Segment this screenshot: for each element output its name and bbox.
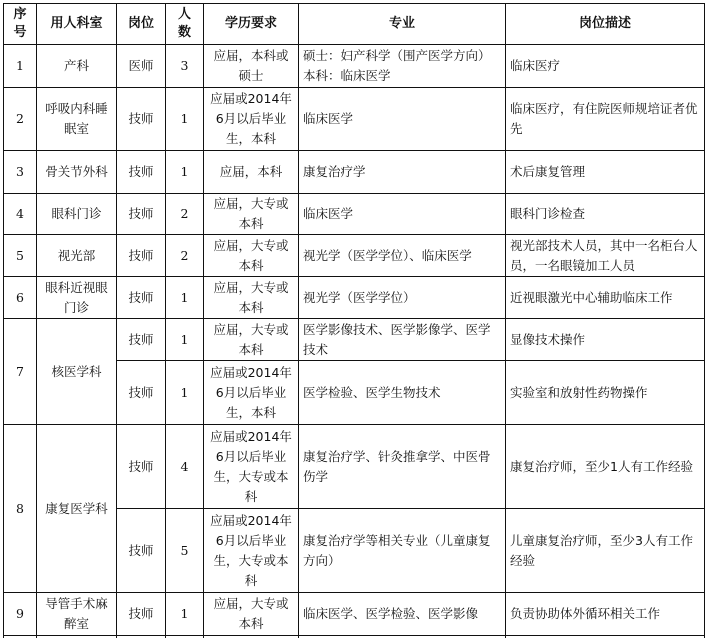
cell-major: 临床医学 xyxy=(299,88,506,151)
cell-description: 康复治疗师，至少1人有工作经验 xyxy=(506,425,705,509)
cell-post: 医师 xyxy=(117,45,166,88)
cell-dept: 眼科门诊 xyxy=(37,194,117,235)
header-major: 专业 xyxy=(299,4,506,45)
cell-dept: 呼吸内科睡眠室 xyxy=(37,88,117,151)
cell-major: 临床医学、医学检验、医学影像 xyxy=(299,593,506,636)
cell-description: 近视眼激光中心辅助临床工作 xyxy=(506,277,705,319)
cell-seq: 8 xyxy=(4,425,37,593)
cell-post: 技师 xyxy=(117,509,166,593)
header-count: 人数 xyxy=(166,4,204,45)
cell-count: 1 xyxy=(166,88,204,151)
cell-major: 康复治疗学、针灸推拿学、中医骨伤学 xyxy=(299,425,506,509)
cell-seq: 6 xyxy=(4,277,37,319)
cell-description: 临床医疗 xyxy=(506,45,705,88)
cell-dept: 核医学科 xyxy=(37,319,117,425)
header-dept: 用人科室 xyxy=(37,4,117,45)
cell-education: 应届或2014年6月以后毕业生，大专或本科 xyxy=(204,425,299,509)
cell-dept: 产科 xyxy=(37,45,117,88)
cell-seq: 5 xyxy=(4,235,37,277)
cell-count: 4 xyxy=(166,425,204,509)
cell-dept: 康复医学科 xyxy=(37,425,117,593)
cell-education: 应届，大专或本科 xyxy=(204,235,299,277)
cell-seq: 4 xyxy=(4,194,37,235)
cell-major: 康复治疗学等相关专业（儿童康复方向） xyxy=(299,509,506,593)
cell-seq: 7 xyxy=(4,319,37,425)
cell-education: 应届，大专或本科 xyxy=(204,194,299,235)
cell-description: 临床医疗，有住院医师规培证者优先 xyxy=(506,88,705,151)
table-row: 8 康复医学科 技师 4 应届或2014年6月以后毕业生，大专或本科 康复治疗学… xyxy=(4,425,705,509)
cell-education: 应届或2014年6月以后毕业生，本科 xyxy=(204,361,299,425)
cell-major: 硕士：妇产科学（围产医学方向）本科：临床医学 xyxy=(299,45,506,88)
cell-education: 应届，本科 xyxy=(204,151,299,194)
table-row: 1 产科 医师 3 应届，本科或硕士 硕士：妇产科学（围产医学方向）本科：临床医… xyxy=(4,45,705,88)
cell-count: 5 xyxy=(166,509,204,593)
cell-count: 3 xyxy=(166,45,204,88)
cell-description: 眼科门诊检查 xyxy=(506,194,705,235)
cell-count: 1 xyxy=(166,593,204,636)
cell-description: 儿童康复治疗师，至少3人有工作经验 xyxy=(506,509,705,593)
header-description: 岗位描述 xyxy=(506,4,705,45)
cell-education: 应届或2014年6月以后毕业生，本科 xyxy=(204,88,299,151)
cell-post: 技师 xyxy=(117,194,166,235)
header-post: 岗位 xyxy=(117,4,166,45)
cell-dept: 导管手术麻醉室 xyxy=(37,593,117,636)
cell-major: 视光学（医学学位）、临床医学 xyxy=(299,235,506,277)
cell-education: 应届或2014年6月以后毕业生，大专或本科 xyxy=(204,509,299,593)
cell-description: 视光部技术人员，其中一名柜台人员，一名眼镜加工人员 xyxy=(506,235,705,277)
cell-post: 技师 xyxy=(117,151,166,194)
cell-count: 1 xyxy=(166,151,204,194)
cell-count: 2 xyxy=(166,235,204,277)
table-row: 9 导管手术麻醉室 技师 1 应届，大专或本科 临床医学、医学检验、医学影像 负… xyxy=(4,593,705,636)
table-row: 4 眼科门诊 技师 2 应届，大专或本科 临床医学 眼科门诊检查 xyxy=(4,194,705,235)
cell-description: 负责协助体外循环相关工作 xyxy=(506,593,705,636)
cell-post: 技师 xyxy=(117,277,166,319)
cell-post: 技师 xyxy=(117,361,166,425)
cell-major: 医学检验、医学生物技术 xyxy=(299,361,506,425)
cell-count: 1 xyxy=(166,361,204,425)
cell-count: 1 xyxy=(166,319,204,361)
recruitment-table: 序号 用人科室 岗位 人数 学历要求 专业 岗位描述 1 产科 医师 3 应届，… xyxy=(3,3,705,638)
cell-post: 技师 xyxy=(117,235,166,277)
cell-education: 应届，大专或本科 xyxy=(204,593,299,636)
cell-description: 术后康复管理 xyxy=(506,151,705,194)
header-seq: 序号 xyxy=(4,4,37,45)
table-row: 7 核医学科 技师 1 应届，大专或本科 医学影像技术、医学影像学、医学技术 显… xyxy=(4,319,705,361)
cell-post: 技师 xyxy=(117,319,166,361)
cell-post: 技师 xyxy=(117,593,166,636)
table-row: 6 眼科近视眼门诊 技师 1 应届，大专或本科 视光学（医学学位） 近视眼激光中… xyxy=(4,277,705,319)
cell-seq: 9 xyxy=(4,593,37,636)
cell-major: 康复治疗学 xyxy=(299,151,506,194)
cell-education: 应届，大专或本科 xyxy=(204,277,299,319)
cell-seq: 1 xyxy=(4,45,37,88)
table-row: 3 骨关节外科 技师 1 应届，本科 康复治疗学 术后康复管理 xyxy=(4,151,705,194)
cell-major: 视光学（医学学位） xyxy=(299,277,506,319)
cell-dept: 视光部 xyxy=(37,235,117,277)
cell-dept: 骨关节外科 xyxy=(37,151,117,194)
cell-description: 实验室和放射性药物操作 xyxy=(506,361,705,425)
cell-description: 显像技术操作 xyxy=(506,319,705,361)
cell-dept: 眼科近视眼门诊 xyxy=(37,277,117,319)
table-row: 2 呼吸内科睡眠室 技师 1 应届或2014年6月以后毕业生，本科 临床医学 临… xyxy=(4,88,705,151)
cell-seq: 2 xyxy=(4,88,37,151)
header-education: 学历要求 xyxy=(204,4,299,45)
cell-major: 医学影像技术、医学影像学、医学技术 xyxy=(299,319,506,361)
table-row: 5 视光部 技师 2 应届，大专或本科 视光学（医学学位）、临床医学 视光部技术… xyxy=(4,235,705,277)
cell-count: 1 xyxy=(166,277,204,319)
cell-education: 应届，大专或本科 xyxy=(204,319,299,361)
cell-post: 技师 xyxy=(117,88,166,151)
cell-major: 临床医学 xyxy=(299,194,506,235)
cell-count: 2 xyxy=(166,194,204,235)
cell-education: 应届，本科或硕士 xyxy=(204,45,299,88)
cell-seq: 3 xyxy=(4,151,37,194)
header-row: 序号 用人科室 岗位 人数 学历要求 专业 岗位描述 xyxy=(4,4,705,45)
cell-post: 技师 xyxy=(117,425,166,509)
